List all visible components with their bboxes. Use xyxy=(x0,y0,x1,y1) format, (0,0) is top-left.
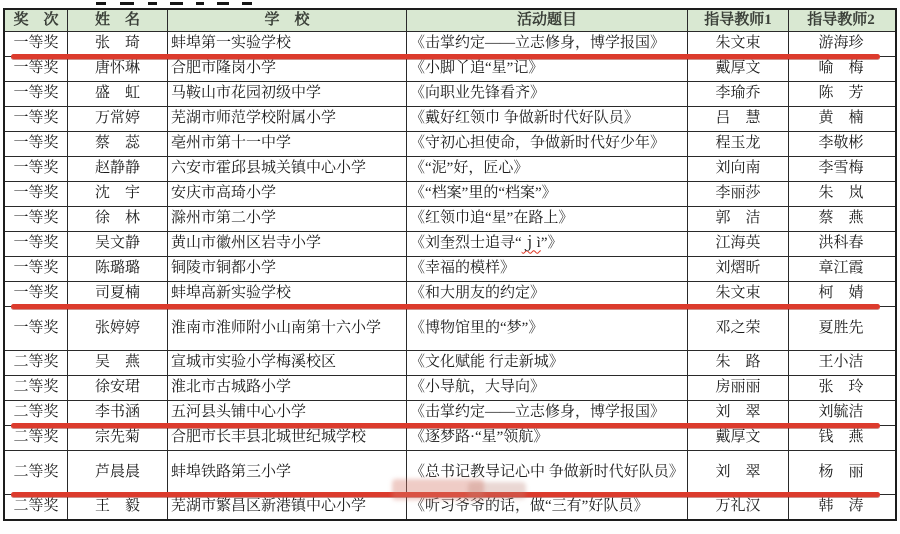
header-activity-title: 活动题目 xyxy=(406,10,687,31)
teacher2-cell: 李雪梅 xyxy=(788,157,893,181)
teacher1-cell: 戴厚文 xyxy=(687,426,788,450)
school-cell: 滁州市第二小学 xyxy=(167,207,406,231)
name-cell: 徐 林 xyxy=(67,207,167,231)
award-cell: 一等奖 xyxy=(5,157,67,181)
teacher2-cell: 韩 涛 xyxy=(788,495,893,519)
red-underline-mark xyxy=(11,492,880,497)
teacher1-cell: 吕 慧 xyxy=(687,107,788,131)
award-cell: 二等奖 xyxy=(5,451,67,494)
activity-title-cell: 《听习爷爷的话，做“三有”好队员》 xyxy=(406,495,687,519)
school-cell: 马鞍山市花园初级中学 xyxy=(167,82,406,106)
teacher1-cell: 朱文束 xyxy=(687,282,788,306)
table-row: 一等奖 张婷婷 淮南市淮师附小山南第十六小学 《博物馆里的“梦”》 邓之荣 夏胜… xyxy=(5,306,895,350)
school-cell: 五河县头铺中心小学 xyxy=(167,401,406,425)
activity-title-cell: 《逐梦路·“星”领航》 xyxy=(406,426,687,450)
school-cell: 六安市霍邱县城关镇中心小学 xyxy=(167,157,406,181)
teacher2-cell: 黄 楠 xyxy=(788,107,893,131)
award-cell: 一等奖 xyxy=(5,232,67,256)
teacher2-cell: 喻 梅 xyxy=(788,57,893,81)
name-cell: 李书涵 xyxy=(67,401,167,425)
teacher1-cell: 刘 翠 xyxy=(687,451,788,494)
teacher2-cell: 章江霞 xyxy=(788,257,893,281)
activity-title-cell: 《戴好红领巾 争做新时代好队员》 xyxy=(406,107,687,131)
name-cell: 王 毅 xyxy=(67,495,167,519)
table-row: 二等奖 芦晨晨 蚌埠铁路第三小学 《总书记教导记心中 争做新时代好队员》 刘 翠… xyxy=(5,450,895,494)
table-row: 一等奖 张 琦 蚌埠第一实验学校 《击掌约定——立志修身，博学报国》 朱文束 游… xyxy=(5,31,895,56)
award-cell: 一等奖 xyxy=(5,257,67,281)
teacher2-cell: 钱 燕 xyxy=(788,426,893,450)
award-cell: 二等奖 xyxy=(5,495,67,519)
teacher2-cell: 张 玲 xyxy=(788,376,893,400)
award-cell: 一等奖 xyxy=(5,82,67,106)
name-cell: 司夏楠 xyxy=(67,282,167,306)
award-cell: 一等奖 xyxy=(5,32,67,56)
name-cell: 赵静静 xyxy=(67,157,167,181)
table-row: 一等奖 蔡 蕊 亳州市第十一中学 《守初心担使命，争做新时代好少年》 程玉龙 李… xyxy=(5,131,895,156)
award-cell: 二等奖 xyxy=(5,376,67,400)
teacher1-cell: 李瑜乔 xyxy=(687,82,788,106)
teacher1-cell: 邓之荣 xyxy=(687,307,788,350)
table-row: 一等奖 陈璐璐 铜陵市铜都小学 《幸福的模样》 刘熠昕 章江霞 xyxy=(5,256,895,281)
red-underline-mark xyxy=(11,423,880,428)
school-cell: 亳州市第十一中学 xyxy=(167,132,406,156)
name-cell: 万常婷 xyxy=(67,107,167,131)
table-row: 一等奖 司夏楠 蚌埠高新实验学校 《和大朋友的约定》 朱文束 柯 婧 xyxy=(5,281,895,306)
table-row: 二等奖 宗先菊 合肥市长丰县北城世纪城学校 《逐梦路·“星”领航》 戴厚文 钱 … xyxy=(5,425,895,450)
teacher1-cell: 江海英 xyxy=(687,232,788,256)
header-name: 姓 名 xyxy=(67,10,167,31)
award-cell: 二等奖 xyxy=(5,401,67,425)
header-school: 学 校 xyxy=(167,10,406,31)
activity-title-cell: 《击掌约定——立志修身，博学报国》 xyxy=(406,401,687,425)
teacher1-cell: 程玉龙 xyxy=(687,132,788,156)
name-cell: 张 琦 xyxy=(67,32,167,56)
table-row: 一等奖 盛 虹 马鞍山市花园初级中学 《向职业先锋看齐》 李瑜乔 陈 芳 xyxy=(5,81,895,106)
school-cell: 蚌埠高新实验学校 xyxy=(167,282,406,306)
activity-title-cell: 《总书记教导记心中 争做新时代好队员》 xyxy=(406,451,687,494)
teacher2-cell: 游海珍 xyxy=(788,32,893,56)
school-cell: 合肥市长丰县北城世纪城学校 xyxy=(167,426,406,450)
award-cell: 一等奖 xyxy=(5,207,67,231)
teacher2-cell: 刘毓洁 xyxy=(788,401,893,425)
school-cell: 芜湖市师范学校附属小学 xyxy=(167,107,406,131)
award-cell: 二等奖 xyxy=(5,351,67,375)
table-row: 二等奖 王 毅 芜湖市繁昌区新港镇中心小学 《听习爷爷的话，做“三有”好队员》 … xyxy=(5,494,895,519)
table-row: 一等奖 沈 宇 安庆市高琦小学 《“档案”里的“档案”》 李丽莎 朱 岚 xyxy=(5,181,895,206)
award-cell: 一等奖 xyxy=(5,182,67,206)
teacher1-cell: 万礼汉 xyxy=(687,495,788,519)
teacher2-cell: 朱 岚 xyxy=(788,182,893,206)
table-row: 二等奖 李书涵 五河县头铺中心小学 《击掌约定——立志修身，博学报国》 刘 翠 … xyxy=(5,400,895,425)
name-cell: 沈 宇 xyxy=(67,182,167,206)
name-cell: 张婷婷 xyxy=(67,307,167,350)
school-cell: 淮南市淮师附小山南第十六小学 xyxy=(167,307,406,350)
activity-title-cell: 《守初心担使命，争做新时代好少年》 xyxy=(406,132,687,156)
activity-title-cell: 《击掌约定——立志修身，博学报国》 xyxy=(406,32,687,56)
school-cell: 宣城市实验小学梅溪校区 xyxy=(167,351,406,375)
teacher1-cell: 朱文束 xyxy=(687,32,788,56)
school-cell: 蚌埠铁路第三小学 xyxy=(167,451,406,494)
teacher2-cell: 李敬彬 xyxy=(788,132,893,156)
teacher1-cell: 刘 翠 xyxy=(687,401,788,425)
table-row: 二等奖 徐安珺 淮北市古城路小学 《小导航，大导向》 房丽丽 张 玲 xyxy=(5,375,895,400)
table-header-row: 奖 次 姓 名 学 校 活动题目 指导教师1 指导教师2 xyxy=(5,10,895,31)
teacher1-cell: 刘熠昕 xyxy=(687,257,788,281)
header-teacher1: 指导教师1 xyxy=(687,10,788,31)
name-cell: 蔡 蕊 xyxy=(67,132,167,156)
teacher2-cell: 陈 芳 xyxy=(788,82,893,106)
table-row: 一等奖 吴文静 黄山市徽州区岩寺小学 《刘奎烈士追寻“ｊì”》 江海英 洪科春 xyxy=(5,231,895,256)
teacher1-cell: 李丽莎 xyxy=(687,182,788,206)
teacher1-cell: 刘向南 xyxy=(687,157,788,181)
teacher2-cell: 王小洁 xyxy=(788,351,893,375)
school-cell: 铜陵市铜都小学 xyxy=(167,257,406,281)
red-underline-mark xyxy=(11,304,880,309)
activity-title-cell: 《博物馆里的“梦”》 xyxy=(406,307,687,350)
activity-title-cell: 《小脚丫追“星”记》 xyxy=(406,57,687,81)
name-cell: 盛 虹 xyxy=(67,82,167,106)
activity-title-cell: 《“档案”里的“档案”》 xyxy=(406,182,687,206)
activity-title-cell: 《和大朋友的约定》 xyxy=(406,282,687,306)
award-cell: 二等奖 xyxy=(5,426,67,450)
teacher2-cell: 杨 丽 xyxy=(788,451,893,494)
activity-title-cell: 《小导航，大导向》 xyxy=(406,376,687,400)
table-row: 一等奖 徐 林 滁州市第二小学 《红领巾追“星”在路上》 郭 洁 蔡 燕 xyxy=(5,206,895,231)
activity-title-cell: 《幸福的模样》 xyxy=(406,257,687,281)
teacher2-cell: 柯 婧 xyxy=(788,282,893,306)
teacher1-cell: 房丽丽 xyxy=(687,376,788,400)
award-table: 奖 次 姓 名 学 校 活动题目 指导教师1 指导教师2 一等奖 张 琦 蚌埠第… xyxy=(3,8,897,521)
table-row: 二等奖 吴 燕 宣城市实验小学梅溪校区 《文化赋能 行走新城》 朱 路 王小洁 xyxy=(5,350,895,375)
school-cell: 黄山市徽州区岩寺小学 xyxy=(167,232,406,256)
name-cell: 唐怀琳 xyxy=(67,57,167,81)
name-cell: 吴 燕 xyxy=(67,351,167,375)
teacher1-cell: 郭 洁 xyxy=(687,207,788,231)
school-cell: 安庆市高琦小学 xyxy=(167,182,406,206)
table-row: 一等奖 赵静静 六安市霍邱县城关镇中心小学 《“泥”好，匠心》 刘向南 李雪梅 xyxy=(5,156,895,181)
award-cell: 一等奖 xyxy=(5,282,67,306)
name-cell: 徐安珺 xyxy=(67,376,167,400)
school-cell: 合肥市隆岗小学 xyxy=(167,57,406,81)
name-cell: 芦晨晨 xyxy=(67,451,167,494)
award-cell: 一等奖 xyxy=(5,57,67,81)
header-award: 奖 次 xyxy=(5,10,67,31)
teacher1-cell: 戴厚文 xyxy=(687,57,788,81)
activity-title-cell: 《向职业先锋看齐》 xyxy=(406,82,687,106)
name-cell: 陈璐璐 xyxy=(67,257,167,281)
teacher2-cell: 洪科春 xyxy=(788,232,893,256)
activity-title-cell: 《“泥”好，匠心》 xyxy=(406,157,687,181)
activity-title-cell: 《刘奎烈士追寻“ｊì”》 xyxy=(406,232,687,256)
red-underline-mark xyxy=(11,54,880,59)
table-row: 一等奖 唐怀琳 合肥市隆岗小学 《小脚丫追“星”记》 戴厚文 喻 梅 xyxy=(5,56,895,81)
award-cell: 一等奖 xyxy=(5,307,67,350)
school-cell: 淮北市古城路小学 xyxy=(167,376,406,400)
school-cell: 蚌埠第一实验学校 xyxy=(167,32,406,56)
name-cell: 吴文静 xyxy=(67,232,167,256)
teacher2-cell: 夏胜先 xyxy=(788,307,893,350)
activity-title-cell: 《文化赋能 行走新城》 xyxy=(406,351,687,375)
teacher2-cell: 蔡 燕 xyxy=(788,207,893,231)
header-teacher2: 指导教师2 xyxy=(788,10,893,31)
cropped-title-text-artifact xyxy=(96,0,266,6)
table-row: 一等奖 万常婷 芜湖市师范学校附属小学 《戴好红领巾 争做新时代好队员》 吕 慧… xyxy=(5,106,895,131)
activity-title-cell: 《红领巾追“星”在路上》 xyxy=(406,207,687,231)
award-cell: 一等奖 xyxy=(5,107,67,131)
award-cell: 一等奖 xyxy=(5,132,67,156)
teacher1-cell: 朱 路 xyxy=(687,351,788,375)
school-cell: 芜湖市繁昌区新港镇中心小学 xyxy=(167,495,406,519)
name-cell: 宗先菊 xyxy=(67,426,167,450)
